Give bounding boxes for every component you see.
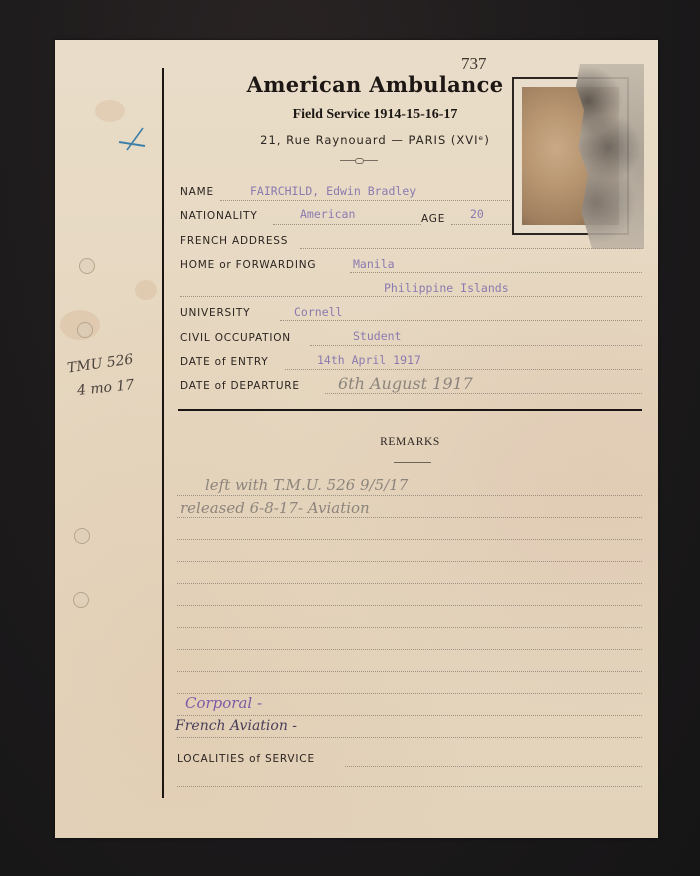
margin-note-date: 4 mo 17 bbox=[76, 377, 135, 399]
document-sheet: TMU 526 4 mo 17 737 American Ambulance F… bbox=[55, 40, 658, 838]
nationality-value: American bbox=[300, 207, 355, 221]
rule-line bbox=[177, 495, 642, 496]
age-value: 20 bbox=[470, 207, 484, 221]
date-of-entry-value: 14th April 1917 bbox=[317, 353, 421, 367]
home-forwarding-label: HOME or FORWARDING bbox=[180, 259, 316, 271]
rule-line bbox=[345, 766, 642, 767]
margin-note-unit: TMU 526 bbox=[66, 351, 134, 376]
punch-hole bbox=[79, 258, 95, 274]
rule-line bbox=[280, 320, 642, 321]
localities-label: LOCALITIES of SERVICE bbox=[177, 753, 315, 765]
university-label: UNIVERSITY bbox=[180, 307, 250, 319]
rule-line bbox=[177, 715, 642, 716]
rule-line bbox=[177, 737, 642, 738]
rule-line bbox=[325, 393, 642, 394]
home-address-line1: Manila bbox=[353, 257, 395, 271]
home-address-line2: Philippine Islands bbox=[384, 281, 509, 295]
ornament-divider bbox=[340, 160, 378, 161]
portrait-photo-frame bbox=[512, 77, 629, 235]
rule-line bbox=[180, 296, 642, 297]
rule-line bbox=[177, 627, 642, 628]
blue-check-mark-icon bbox=[117, 122, 147, 152]
name-value: FAIRCHILD, Edwin Bradley bbox=[250, 184, 416, 198]
rule-line bbox=[300, 248, 642, 249]
document-number: 737 bbox=[461, 54, 487, 74]
nationality-label: NATIONALITY bbox=[180, 210, 258, 222]
remarks-heading: REMARKS bbox=[165, 436, 655, 448]
rule-line bbox=[177, 517, 642, 518]
civil-occupation-value: Student bbox=[353, 329, 401, 343]
civil-occupation-label: CIVIL OCCUPATION bbox=[180, 332, 291, 344]
rule-line bbox=[177, 539, 642, 540]
rank-note: Corporal - bbox=[185, 694, 262, 712]
section-divider bbox=[178, 409, 642, 411]
date-of-departure-label: DATE of DEPARTURE bbox=[180, 380, 300, 392]
stain bbox=[95, 100, 125, 122]
margin-rule bbox=[162, 68, 164, 798]
name-label: NAME bbox=[180, 186, 214, 198]
rule-line bbox=[220, 200, 510, 201]
date-of-entry-label: DATE of ENTRY bbox=[180, 356, 268, 368]
remarks-line-2: released 6-8-17- Aviation bbox=[180, 499, 370, 517]
punch-hole bbox=[74, 528, 90, 544]
rule-line bbox=[310, 345, 642, 346]
punch-hole bbox=[73, 592, 89, 608]
age-label: AGE bbox=[421, 213, 445, 225]
rule-line bbox=[350, 272, 642, 273]
rule-line bbox=[273, 224, 421, 225]
rule-line bbox=[285, 369, 642, 370]
rule-line bbox=[177, 786, 642, 787]
rule-line bbox=[451, 224, 511, 225]
rule-line bbox=[177, 605, 642, 606]
date-of-departure-value: 6th August 1917 bbox=[338, 374, 473, 393]
stain bbox=[135, 280, 157, 300]
rule-line bbox=[177, 671, 642, 672]
service-branch-note: French Aviation - bbox=[175, 718, 297, 734]
remarks-underline bbox=[394, 462, 431, 463]
rule-line bbox=[177, 561, 642, 562]
rule-line bbox=[177, 583, 642, 584]
french-address-label: FRENCH ADDRESS bbox=[180, 235, 288, 247]
remarks-line-1: left with T.M.U. 526 9/5/17 bbox=[205, 476, 408, 494]
rule-line bbox=[177, 649, 642, 650]
university-value: Cornell bbox=[294, 305, 342, 319]
punch-hole bbox=[77, 322, 93, 338]
